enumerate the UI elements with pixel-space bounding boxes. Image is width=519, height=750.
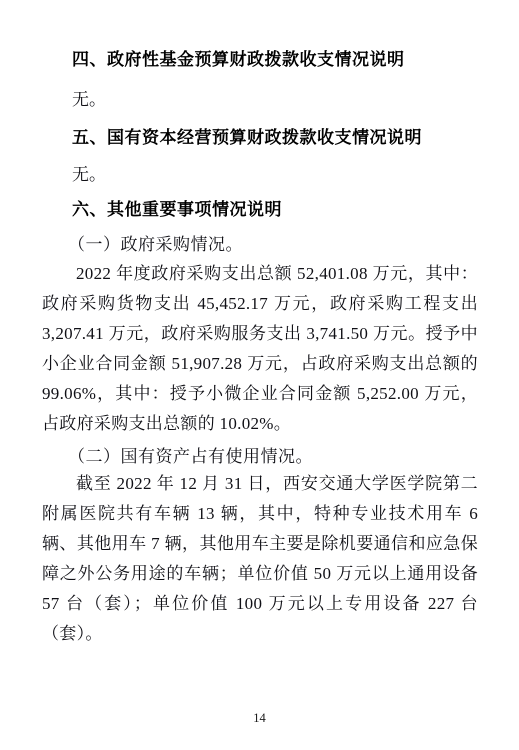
section-heading-government-funds: 四、政府性基金预算财政拨款收支情况说明	[72, 48, 478, 72]
section-body-none-2: 无。	[72, 163, 478, 187]
section-body-none-1: 无。	[72, 88, 478, 112]
subsection-heading-government-procurement: （一）政府采购情况。	[68, 233, 478, 257]
document-page: 四、政府性基金预算财政拨款收支情况说明 无。 五、国有资本经营预算财政拨款收支情…	[0, 0, 519, 750]
paragraph-government-procurement-details: 2022 年度政府采购支出总额 52,401.08 万元，其中：政府采购货物支出…	[42, 259, 478, 439]
section-heading-other-important-matters: 六、其他重要事项情况说明	[72, 198, 478, 222]
page-number: 14	[0, 711, 519, 726]
subsection-heading-state-assets: （二）国有资产占有使用情况。	[68, 445, 478, 469]
paragraph-state-assets-details: 截至 2022 年 12 月 31 日，西安交通大学医学院第二附属医院共有车辆 …	[42, 469, 478, 649]
document-content: 四、政府性基金预算财政拨款收支情况说明 无。 五、国有资本经营预算财政拨款收支情…	[42, 48, 478, 649]
section-heading-state-capital: 五、国有资本经营预算财政拨款收支情况说明	[72, 126, 478, 150]
